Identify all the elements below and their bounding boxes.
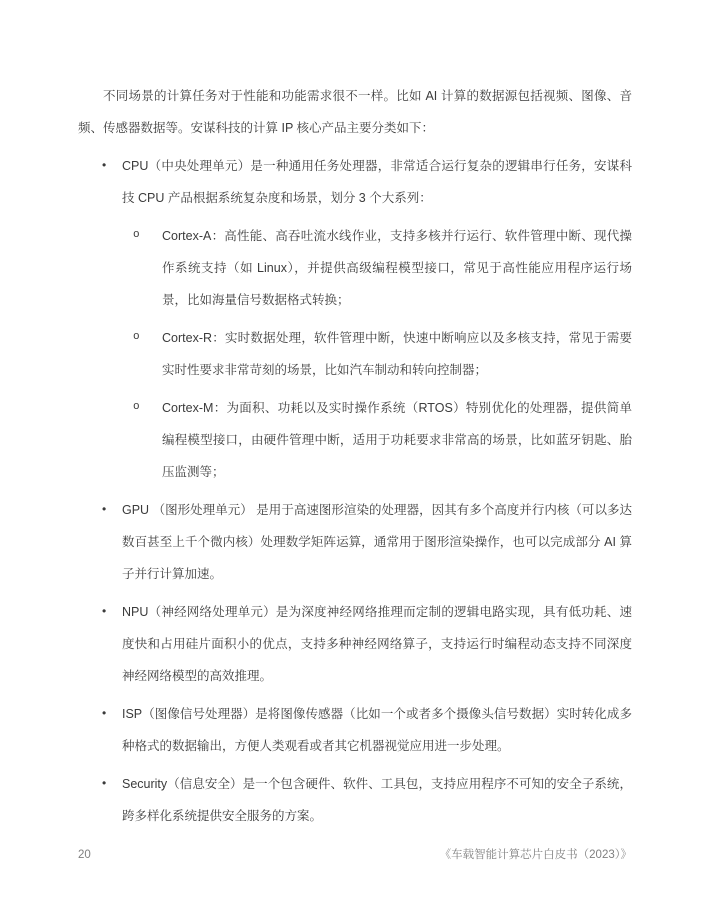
bullet-item-cpu: • CPU（中央处理单元）是一种通用任务处理器，非常适合运行复杂的逻辑串行任务，… <box>78 150 632 214</box>
intro-paragraph: 不同场景的计算任务对于性能和功能需求很不一样。比如 AI 计算的数据源包括视频、… <box>78 80 632 144</box>
page-number: 20 <box>78 846 91 864</box>
sub-bullet-text-cortex-m: Cortex-M：为面积、功耗以及实时操作系统（RTOS）特别优化的处理器，提供… <box>162 392 632 488</box>
sub-bullet-text-cortex-a: Cortex-A：高性能、高吞吐流水线作业，支持多核并行运行、软件管理中断、现代… <box>162 220 632 316</box>
bullet-dot-icon: • <box>102 767 106 799</box>
bullet-circle-icon: o <box>133 391 140 423</box>
bullet-dot-icon: • <box>102 493 106 525</box>
bullet-item-npu: • NPU（神经网络处理单元）是为深度神经网络推理而定制的逻辑电路实现，具有低功… <box>78 596 632 692</box>
sub-bullet-text-cortex-r: Cortex-R：实时数据处理，软件管理中断，快速中断响应以及多核支持，常见于需… <box>162 322 632 386</box>
bullet-circle-icon: o <box>133 219 140 251</box>
footer-doc-title: 《车载智能计算芯片白皮书（2023）》 <box>440 846 632 864</box>
bullet-item-security: • Security（信息安全）是一个包含硬件、软件、工具包，支持应用程序不可知… <box>78 768 632 832</box>
sub-bullet-item-cortex-r: o Cortex-R：实时数据处理，软件管理中断，快速中断响应以及多核支持，常见… <box>78 322 632 386</box>
bullet-dot-icon: • <box>102 697 106 729</box>
bullet-text-security: Security（信息安全）是一个包含硬件、软件、工具包，支持应用程序不可知的安… <box>122 768 632 832</box>
bullet-text-cpu: CPU（中央处理单元）是一种通用任务处理器，非常适合运行复杂的逻辑串行任务，安谋… <box>122 150 632 214</box>
bullet-text-npu: NPU（神经网络处理单元）是为深度神经网络推理而定制的逻辑电路实现，具有低功耗、… <box>122 596 632 692</box>
page-body: 不同场景的计算任务对于性能和功能需求很不一样。比如 AI 计算的数据源包括视频、… <box>78 80 632 838</box>
bullet-dot-icon: • <box>102 149 106 181</box>
sub-bullet-item-cortex-m: o Cortex-M：为面积、功耗以及实时操作系统（RTOS）特别优化的处理器，… <box>78 392 632 488</box>
bullet-dot-icon: • <box>102 595 106 627</box>
bullet-circle-icon: o <box>133 321 140 353</box>
bullet-text-isp: ISP（图像信号处理器）是将图像传感器（比如一个或者多个摄像头信号数据）实时转化… <box>122 698 632 762</box>
bullet-item-isp: • ISP（图像信号处理器）是将图像传感器（比如一个或者多个摄像头信号数据）实时… <box>78 698 632 762</box>
page-footer: 20 《车载智能计算芯片白皮书（2023）》 <box>78 846 632 864</box>
sub-bullet-item-cortex-a: o Cortex-A：高性能、高吞吐流水线作业，支持多核并行运行、软件管理中断、… <box>78 220 632 316</box>
bullet-text-gpu: GPU （图形处理单元） 是用于高速图形渲染的处理器，因其有多个高度并行内核（可… <box>122 494 632 590</box>
bullet-item-gpu: • GPU （图形处理单元） 是用于高速图形渲染的处理器，因其有多个高度并行内核… <box>78 494 632 590</box>
